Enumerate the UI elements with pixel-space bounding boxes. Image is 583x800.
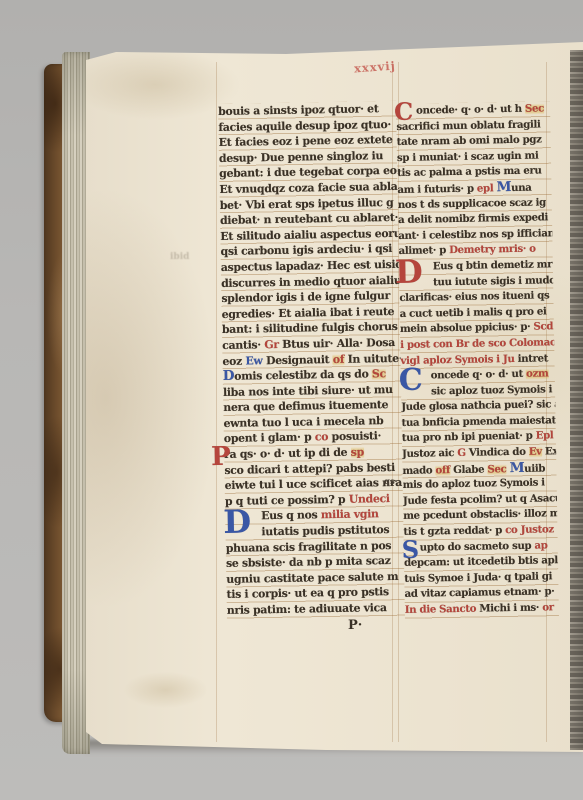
text-segment: Ev bbox=[529, 446, 542, 458]
text-segment: Sc bbox=[372, 367, 386, 380]
text-segment: am i futuris· p bbox=[397, 183, 477, 196]
text-segment: mado bbox=[402, 464, 435, 477]
drop-cap-initial: P bbox=[211, 444, 231, 470]
text-segment: co bbox=[315, 431, 329, 444]
text-segment: eoz bbox=[222, 354, 245, 367]
text-segment: Designauit bbox=[262, 353, 333, 367]
text-segment: tate nram ab omi malo pgz bbox=[397, 134, 542, 149]
text-segment: epl bbox=[477, 182, 494, 194]
text-segment: ugniu castitate pace salute m bbox=[226, 570, 398, 586]
text-segment: eiwte tui l uce scificet aias nra bbox=[225, 476, 403, 492]
text-segment: Btus uir· Alla· Dosa bbox=[279, 336, 395, 351]
text-segment: sic aploz tuoz Symois i bbox=[431, 383, 552, 397]
text-segment: M bbox=[509, 460, 524, 476]
text-column-left: bouis a sinsts ipoz qtuor· etfacies aqui… bbox=[218, 101, 405, 626]
text-segment: ad vitaz capiamus etnam· p· bbox=[404, 586, 554, 601]
text-segment: uiib bbox=[524, 462, 545, 474]
text-segment: Et vnuqdqz coza facie sua abla bbox=[219, 180, 397, 196]
text-segment: ewnta tuo l uca i mecela nb bbox=[223, 414, 383, 430]
text-segment: Et facies eoz i pene eoz extete bbox=[219, 133, 393, 149]
text-segment: desup· Due penne singloz iu bbox=[219, 149, 383, 165]
text-segment: of bbox=[333, 352, 345, 365]
text-segment: Ex bbox=[542, 445, 557, 457]
text-segment: phuana scis fragilitate n pos bbox=[226, 539, 392, 555]
text-segment: upto do sacmeto sup bbox=[420, 539, 535, 553]
text-segment: sacrifici mun oblatu fragili bbox=[396, 118, 540, 133]
text-segment: sco dicari t attepi? pabs besti bbox=[224, 461, 395, 477]
text-segment: tuis Symoe i Juda· q tpali gi bbox=[404, 570, 552, 585]
text-segment: ozm bbox=[526, 367, 549, 379]
text-segment: Sec bbox=[487, 463, 506, 475]
manuscript-text-line: In die Sancto Michi i ms· or bbox=[405, 600, 559, 618]
text-segment: i post con Br de sco Colomao· bbox=[400, 336, 554, 351]
drop-cap-initial: D bbox=[395, 256, 423, 288]
text-segment: omis celestibz da qs do bbox=[234, 367, 372, 382]
text-segment: Eus q nos bbox=[261, 509, 321, 523]
text-segment: sp i muniat· i scaz ugin mi bbox=[397, 149, 539, 163]
text-segment: tis t gzta reddat· p bbox=[403, 524, 505, 538]
text-segment: mis do aploz tuoz Symois i bbox=[403, 477, 545, 491]
folio-number: xxxvij bbox=[354, 59, 397, 76]
text-segment: milia vgin bbox=[321, 508, 379, 522]
text-segment: M bbox=[496, 179, 511, 195]
text-segment: opent i glam· p bbox=[224, 431, 315, 446]
text-segment: sp bbox=[351, 446, 364, 459]
text-segment: or bbox=[542, 601, 554, 613]
text-segment: Glabe bbox=[450, 463, 488, 476]
text-segment: co bbox=[505, 524, 518, 536]
text-segment: bouis a sinsts ipoz qtuor· et bbox=[218, 102, 379, 118]
text-segment: off bbox=[435, 464, 450, 476]
text-segment: ant· i celestibz nos sp ifficiant bbox=[398, 227, 552, 242]
text-segment: nos t ds supplicacoe scaz ig bbox=[398, 196, 546, 211]
text-segment: posuisti· bbox=[328, 430, 381, 444]
text-segment: oncede· q· o· d· ut h bbox=[416, 103, 525, 117]
text-column-right: oncede· q· o· d· ut h Secsacrifici mun o… bbox=[396, 101, 559, 626]
text-segment: Vindica do bbox=[466, 446, 529, 459]
text-segment: aspectus lapadaz· Hec est uisio bbox=[221, 258, 399, 274]
text-segment: G bbox=[457, 447, 466, 459]
text-segment: splendor igis i de igne fulgur bbox=[221, 289, 390, 305]
text-segment: ap bbox=[534, 539, 547, 551]
page-edge-stack bbox=[62, 52, 90, 754]
text-segment: clarificas· eius nos itueni qs bbox=[399, 289, 549, 304]
text-segment: nris patim: te adiuuate vica bbox=[227, 601, 387, 617]
manuscript-page: xxxvij ibid bouis a sinsts ipoz qtuor· e… bbox=[86, 42, 583, 754]
text-segment: iutatis pudis pstitutos bbox=[261, 523, 389, 538]
text-segment: me pcedunt obstaclis· illoz mi bbox=[403, 508, 557, 523]
text-segment: facies aquile desup ipoz qtuo· bbox=[218, 118, 391, 134]
text-segment: una bbox=[511, 182, 532, 194]
text-segment: mein absolue ppicius· p· bbox=[400, 321, 534, 335]
text-segment: In uitute· bbox=[344, 351, 401, 365]
text-segment: Justoz bbox=[521, 523, 554, 536]
text-segment: Sec bbox=[525, 102, 544, 114]
text-segment: qsi carbonu igis ardeciu· i qsi bbox=[220, 242, 392, 258]
margin-note: qs bbox=[384, 477, 395, 487]
manuscript-text-line: nris patim: te adiuuate vica bbox=[227, 600, 405, 619]
text-segment: Epl bbox=[536, 430, 554, 442]
text-segment: tua pro nb ipi pueniat· p bbox=[402, 430, 536, 444]
drop-cap-initial: S bbox=[402, 537, 420, 561]
text-segment: nera que defimus ituemente bbox=[223, 398, 388, 414]
text-segment: bant: i silitudine fulgis chorus bbox=[222, 320, 398, 336]
text-segment: tua bnficia pmenda maiestate bbox=[401, 414, 555, 429]
text-segment: gebant: i due tegebat corpa eoz· bbox=[219, 164, 397, 180]
text-segment: a delit nomibz firmis expedi bbox=[398, 212, 548, 227]
text-segment: Michi i ms· bbox=[479, 602, 542, 615]
text-segment: se sbsiste· da nb p mita scaz bbox=[226, 554, 391, 570]
text-segment: bet· Vbi erat sps ipetus illuc g bbox=[220, 196, 394, 212]
text-segment: cantis· bbox=[222, 338, 264, 352]
text-segment: Scd bbox=[533, 321, 553, 333]
ruling-line-vertical bbox=[216, 62, 217, 742]
catchword: P· bbox=[348, 618, 362, 633]
text-segment: In die Sancto bbox=[405, 603, 480, 616]
text-segment: Justoz aic bbox=[402, 447, 457, 460]
text-segment: egredies· Et aialia ibat i reute bbox=[222, 305, 395, 321]
drop-cap-initial: C bbox=[399, 366, 423, 396]
text-segment: Jude glosa nathcia puei? sic ad bbox=[401, 398, 555, 413]
text-segment: tis i corpis· ut ea q pro pstis bbox=[226, 586, 388, 602]
text-segment: oncede q· o· d· ut bbox=[431, 368, 527, 382]
text-segment: liba nos inte tibi siure· ut mu bbox=[223, 383, 393, 399]
text-segment: diebat· n reutebant cu ablaret· bbox=[220, 211, 398, 227]
text-segment: Undeci bbox=[349, 492, 390, 506]
text-segment: D bbox=[223, 368, 235, 384]
drop-cap-initial: C bbox=[394, 100, 414, 124]
text-segment: a cuct uetib i malis q pro ei bbox=[400, 305, 547, 320]
text-segment: Ew bbox=[245, 354, 262, 367]
text-segment: ra qs· o· d· ut ip di de bbox=[224, 446, 351, 461]
drop-cap-initial: D bbox=[223, 505, 251, 537]
text-segment: depcam: ut itcedetib btis aplic bbox=[404, 554, 558, 569]
text-segment: Gr bbox=[264, 338, 279, 351]
manuscript-text-line: opent i glam· p co posuisti· bbox=[224, 428, 402, 447]
text-segment: Demetry mris· o bbox=[449, 243, 536, 257]
text-segment: tis ac palma a pstis ma eru bbox=[397, 165, 542, 180]
facing-page-edge bbox=[570, 50, 583, 750]
text-segment: Et silitudo aialiu aspectus eoruz bbox=[220, 226, 398, 242]
text-segment: Jude festa pcolim? ut q Asacue bbox=[403, 492, 557, 507]
text-segment: discurres in medio qtuor aialiu bbox=[221, 273, 399, 289]
text-segment: tuu iutute sigis i mudo bbox=[433, 274, 553, 288]
text-segment: Eus q btin demetiz mr bbox=[433, 258, 553, 272]
show-through-text: ibid bbox=[170, 252, 189, 262]
text-segment: intret bbox=[514, 352, 548, 365]
